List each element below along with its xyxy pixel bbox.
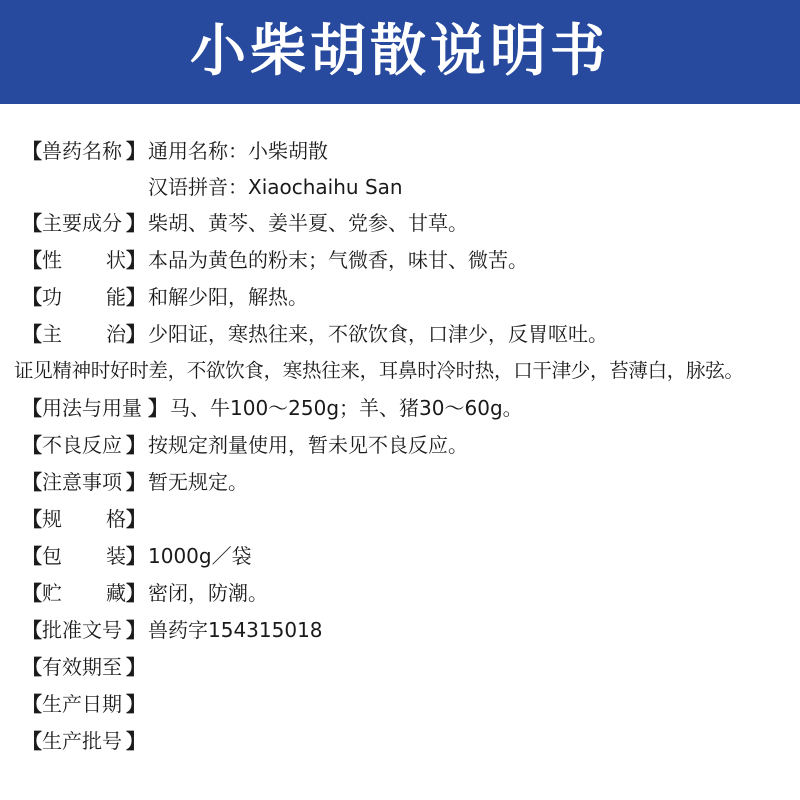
field-label: 【兽药名称】 xyxy=(22,136,146,166)
row-vet-drug-name: 【兽药名称】 通用名称：小柴胡散 xyxy=(22,136,328,166)
field-label: 【主治】 xyxy=(22,319,146,349)
field-value: 按规定剂量使用，暂未见不良反应。 xyxy=(148,430,468,460)
field-value: 汉语拼音：Xiaochaihu San xyxy=(148,172,403,202)
field-label: 【不良反应】 xyxy=(22,430,146,460)
field-label: 【批准文号】 xyxy=(22,615,146,645)
field-label: 【性状】 xyxy=(22,245,146,275)
field-value: 兽药字154315018 xyxy=(148,615,323,645)
row-symptoms: 证见精神时好时差，不欲饮食，寒热往来，耳鼻时冷时热，口干津少，苔薄白，脉弦。 xyxy=(14,356,744,386)
row-pinyin: 汉语拼音：Xiaochaihu San xyxy=(22,172,403,202)
field-label: 【用法与用量】 xyxy=(22,393,168,423)
field-label: 【生产批号】 xyxy=(22,726,146,756)
field-label: 【有效期至】 xyxy=(22,652,146,682)
row-function: 【功能】 和解少阳，解热。 xyxy=(22,282,308,312)
row-packaging: 【包装】 1000g／袋 xyxy=(22,541,252,571)
page-title: 小柴胡散说明书 xyxy=(190,24,610,80)
field-value: 柴胡、黄芩、姜半夏、党参、甘草。 xyxy=(148,208,468,238)
field-label: 【包装】 xyxy=(22,541,146,571)
field-label: 【主要成分】 xyxy=(22,208,146,238)
row-expiry-date: 【有效期至】 xyxy=(22,652,148,682)
field-value: 通用名称：小柴胡散 xyxy=(148,136,328,166)
field-label: 【注意事项】 xyxy=(22,467,146,497)
row-indications: 【主治】 少阳证，寒热往来，不欲饮食，口津少，反胃呕吐。 xyxy=(22,319,608,349)
symptoms-text: 证见精神时好时差，不欲饮食，寒热往来，耳鼻时冷时热，口干津少，苔薄白，脉弦。 xyxy=(14,356,744,386)
field-value: 密闭，防潮。 xyxy=(148,578,268,608)
row-precautions: 【注意事项】 暂无规定。 xyxy=(22,467,248,497)
title-banner: 小柴胡散说明书 xyxy=(0,0,800,104)
row-approval-number: 【批准文号】 兽药字154315018 xyxy=(22,615,323,645)
row-main-ingredients: 【主要成分】 柴胡、黄芩、姜半夏、党参、甘草。 xyxy=(22,208,468,238)
field-value: 和解少阳，解热。 xyxy=(148,282,308,312)
field-value: 马、牛100～250g；羊、猪30～60g。 xyxy=(170,393,523,423)
row-dosage: 【用法与用量】 马、牛100～250g；羊、猪30～60g。 xyxy=(22,393,523,423)
field-label: 【功能】 xyxy=(22,282,146,312)
row-production-date: 【生产日期】 xyxy=(22,689,148,719)
row-properties: 【性状】 本品为黄色的粉末；气微香，味甘、微苦。 xyxy=(22,245,528,275)
row-batch-number: 【生产批号】 xyxy=(22,726,148,756)
field-value: 少阳证，寒热往来，不欲饮食，口津少，反胃呕吐。 xyxy=(148,319,608,349)
field-label: 【生产日期】 xyxy=(22,689,146,719)
field-value: 本品为黄色的粉末；气微香，味甘、微苦。 xyxy=(148,245,528,275)
row-specification: 【规格】 xyxy=(22,504,148,534)
field-value: 1000g／袋 xyxy=(148,541,252,571)
field-label: 【规格】 xyxy=(22,504,146,534)
field-label: 【贮藏】 xyxy=(22,578,146,608)
field-value: 暂无规定。 xyxy=(148,467,248,497)
row-storage: 【贮藏】 密闭，防潮。 xyxy=(22,578,268,608)
row-adverse-reactions: 【不良反应】 按规定剂量使用，暂未见不良反应。 xyxy=(22,430,468,460)
